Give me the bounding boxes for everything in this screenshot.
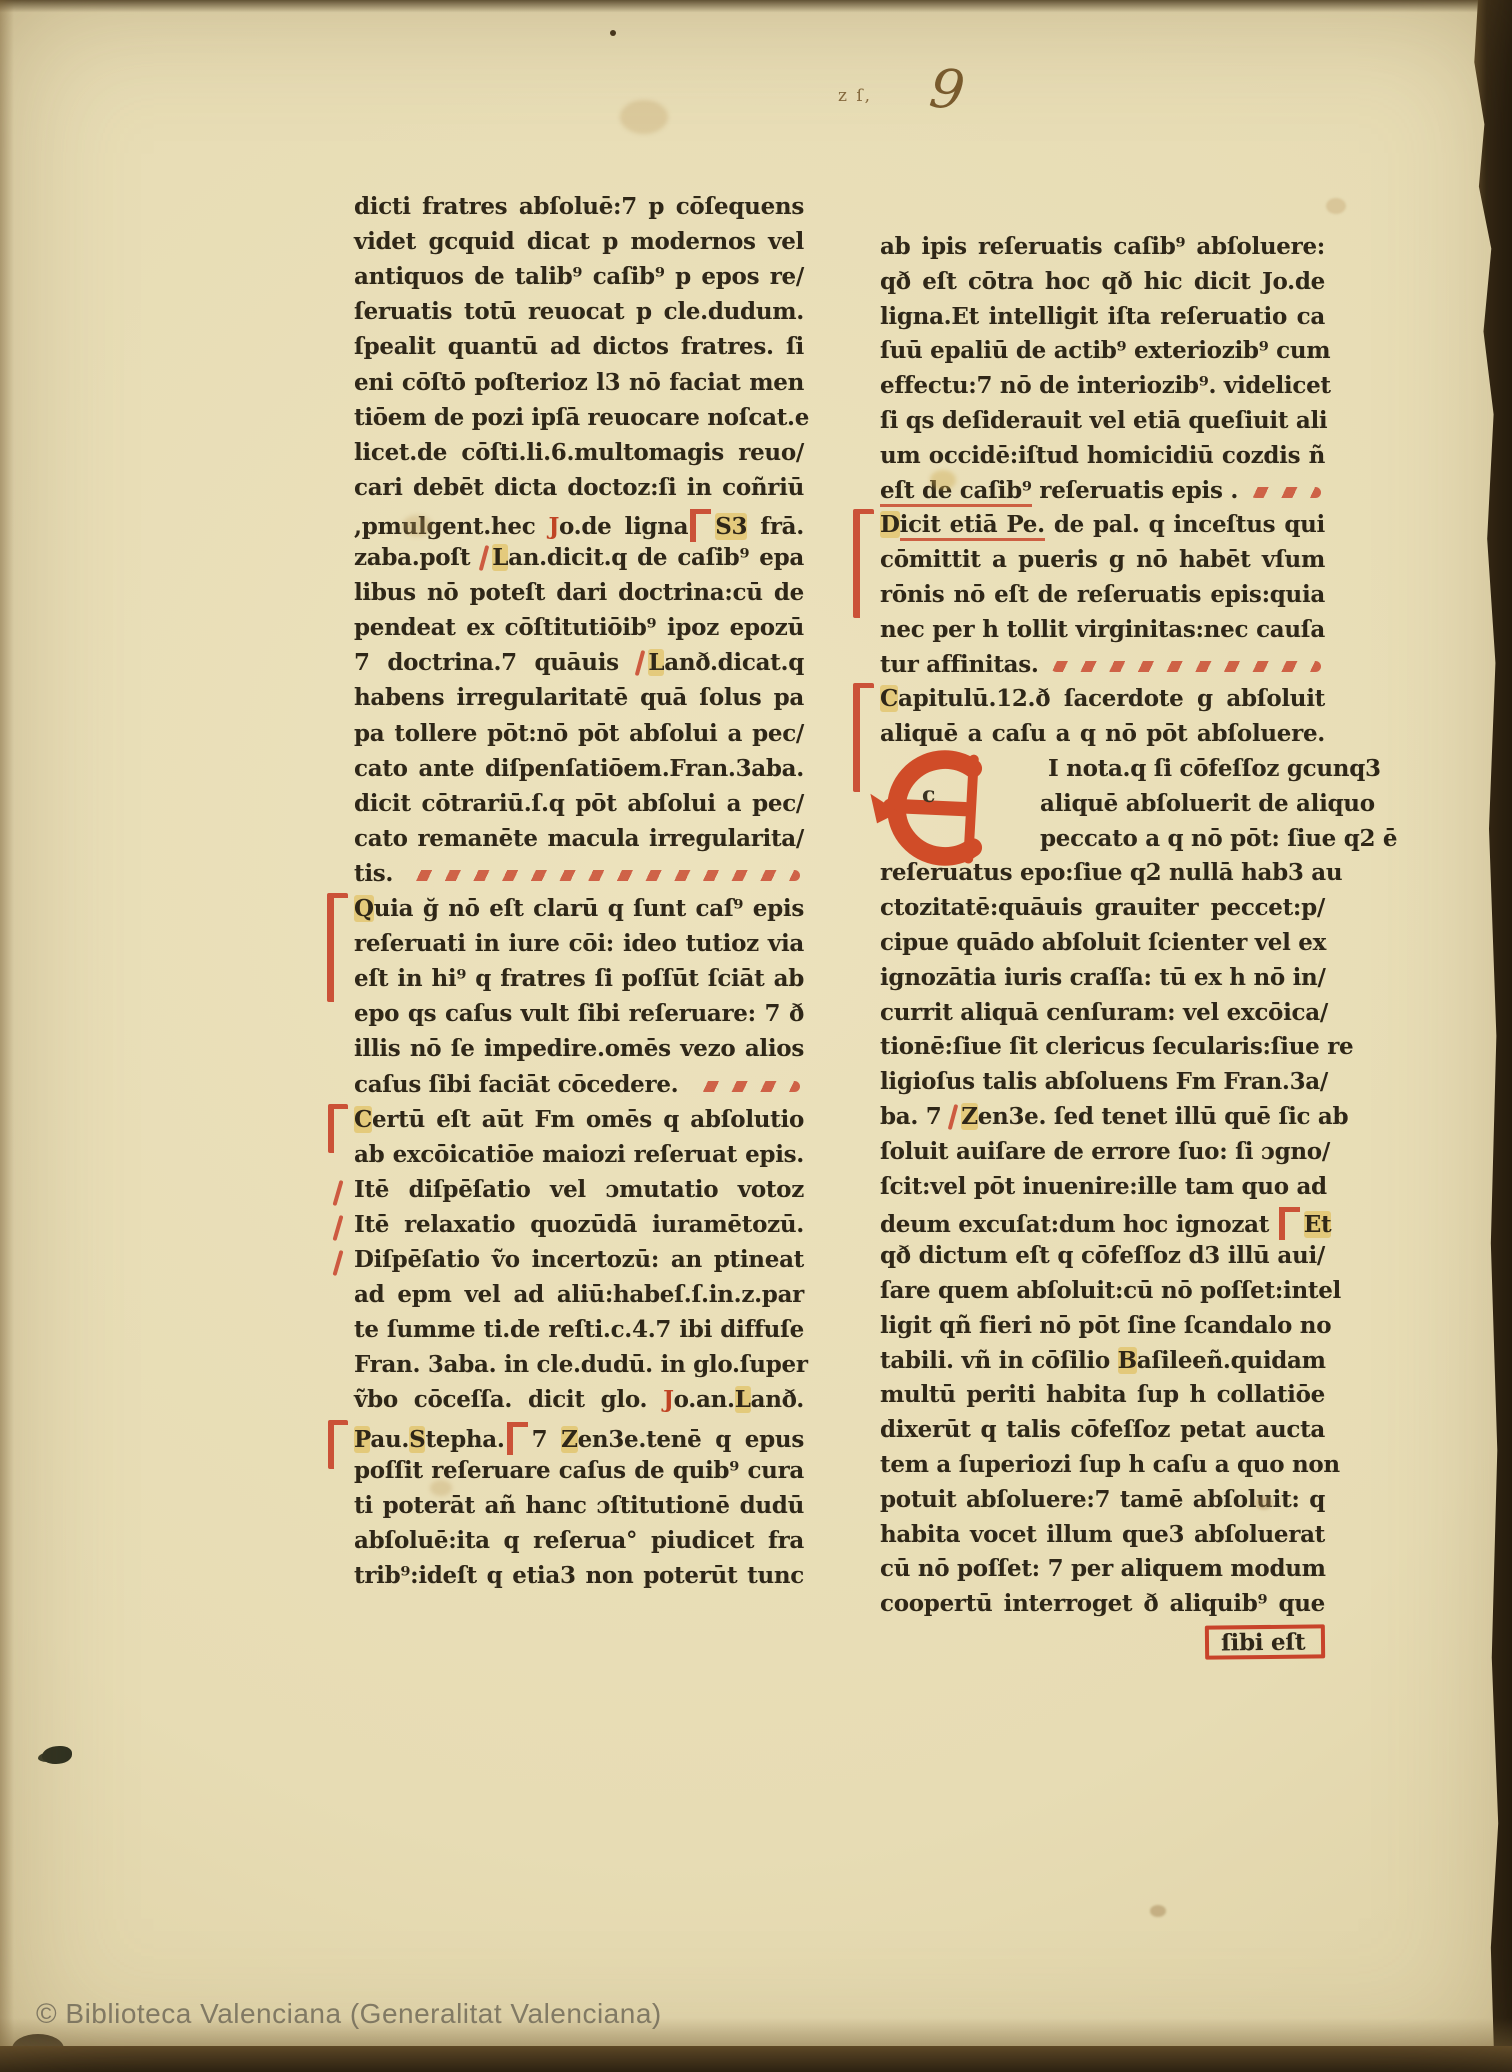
text-span: ertū eſt aūt Fm omēs q abſolutio: [372, 1106, 804, 1133]
text-line: multū periti habita ſup h collatiōe: [880, 1381, 1325, 1415]
line-text: epo qs caſus vult ſibi reſeruare: 7 ð: [354, 1000, 804, 1027]
text-line: qð eſt cōtra hoc qð hic dicit Jo.de: [880, 268, 1325, 302]
line-text: ſare quem abſoluit:cū nō poſſet:intel: [880, 1277, 1325, 1304]
text-line: ab ipis reſeruatis caſib⁹ abſoluere:: [880, 233, 1325, 267]
line-text: cato ante diſpenſatiōem.Fran.3aba.: [354, 755, 804, 782]
page-edge-left: [0, 0, 14, 2072]
text-span: J: [663, 1386, 674, 1413]
text-span: zaba.poſt: [354, 544, 480, 571]
line-text: ligna.Et intelligit iſta reſeruatio ca: [880, 303, 1325, 330]
text-line: trib⁹:ideſt q etia3 non poterūt tunc: [354, 1562, 804, 1596]
text-span: S: [409, 1426, 425, 1453]
rubric-mark-icon: [948, 1104, 959, 1130]
line-text: eſt in hi⁹ q fratres ſi poſſūt ſciāt ab: [354, 965, 804, 992]
line-text: ſoluit auiſare de errore ſuo: ſi ɔgno/: [880, 1138, 1325, 1165]
line-text: Certū eſt aūt Fm omēs q abſolutio: [354, 1106, 804, 1133]
text-span: Q: [354, 895, 374, 922]
text-span: en3e.tenē q epus: [578, 1426, 804, 1453]
text-span: 7 doctrina.7 quāuis: [354, 649, 636, 676]
text-span: L: [648, 649, 664, 676]
line-text: habens irregularitatē quā ſolus pa: [354, 684, 804, 711]
catchword: ſibi eſt: [880, 1625, 1325, 1659]
text-span: uia ğ nō eſt clarū q ſunt caſ⁹ epis: [374, 895, 804, 922]
line-text: ab excōicatiōe maiozi reſeruat epis.: [354, 1141, 804, 1168]
text-line: ṽbo cōceſſa. dicit glo. Jo.an.Lanð.: [354, 1386, 804, 1420]
text-span: frā.: [747, 513, 804, 540]
text-span: an.dicit.q de caſib⁹ epa: [508, 544, 804, 571]
text-span: P: [354, 1426, 370, 1453]
rubric-mark-icon: [327, 893, 348, 1002]
line-text: Pau.Stepha.7 Zen3e.tenē q epus: [354, 1422, 804, 1455]
text-span: tabili. vñ in cōſilio: [880, 1347, 1118, 1374]
line-text: effectu:7 nō de interiozib⁹. videlicet: [880, 372, 1325, 399]
stain: [1326, 198, 1346, 214]
text-span: S3: [715, 513, 747, 540]
rubric-mark-icon: [328, 1420, 348, 1469]
text-span: aſileeñ.quidam: [1137, 1347, 1326, 1374]
line-text: ſuū epaliū de actib⁹ exteriozib⁹ cum: [880, 337, 1325, 364]
line-text: deum excuſat:dum hoc ignozat Et: [880, 1207, 1325, 1240]
ink-blot: [42, 1746, 72, 1764]
text-line: dixerūt q talis cōfeſſoz petat aucta: [880, 1416, 1325, 1450]
line-text: 7 doctrina.7 quāuis Lanð.dicat.q: [354, 649, 804, 676]
line-text: dicti fratres abſoluē:7 p cōſequens: [354, 193, 804, 220]
text-line: currit aliquā cenſuram: vel excōica/: [880, 999, 1325, 1033]
text-span: au.: [370, 1426, 409, 1453]
text-span: C: [354, 1106, 372, 1133]
lombard-initial-e: c: [866, 742, 998, 874]
text-line: te ſumme ti.de reſti.c.4.7 ibi diffuſe: [354, 1316, 804, 1350]
text-line: ignozātia iuris craſſa: tū ex h nō in/: [880, 964, 1325, 998]
text-line: ligioſus talis abſoluens Fm Fran.3a/: [880, 1068, 1325, 1102]
text-line: tis.: [354, 860, 804, 894]
line-text: eſt de caſib⁹ reſeruatis epis .: [880, 477, 1238, 504]
text-line: eni cōſtō poſterioz l3 nō faciat men: [354, 369, 804, 403]
text-span: Z: [561, 1426, 578, 1453]
rubric-mark-icon: [1279, 1207, 1300, 1240]
text-span: o.de ligna: [559, 513, 688, 540]
text-line: ſeruatis totū reuocat p cle.dudum.: [354, 298, 804, 332]
text-line: effectu:7 nō de interiozib⁹. videlicet: [880, 372, 1325, 406]
text-span: C: [880, 685, 898, 712]
line-text: nec per h tollit virginitas:nec cauſa: [880, 616, 1325, 643]
text-line: tiōem de pozi ipſā reuocare noſcat.e: [354, 404, 804, 438]
line-text: ṽbo cōceſſa. dicit glo. Jo.an.Lanð.: [354, 1386, 804, 1413]
text-line: ab excōicatiōe maiozi reſeruat epis.: [354, 1141, 804, 1175]
line-text: rōnis nō eſt de reſeruatis epis:quia: [880, 581, 1325, 608]
text-line: coopertū interroget ð aliquib⁹ que: [880, 1590, 1325, 1624]
text-span: Z: [961, 1103, 978, 1130]
rubric-mark-icon: [479, 545, 490, 571]
line-text: pendeat ex cōſtitutiōib⁹ ipoz epozū: [354, 614, 804, 641]
line-text: cipue quādo abſoluit ſcienter vel ex: [880, 929, 1325, 956]
text-line: peccato a q nō pōt: ſiue q2 ē: [1040, 825, 1325, 859]
text-span: D: [880, 511, 900, 538]
text-line: ſare quem abſoluit:cū nō poſſet:intel: [880, 1277, 1325, 1311]
text-line: 7 doctrina.7 quāuis Lanð.dicat.q: [354, 649, 804, 683]
text-line: ſi qs deſiderauit vel etiā queſiuit ali: [880, 407, 1325, 441]
text-span: ,pmulgent.hec: [354, 513, 548, 540]
line-text: licet.de cōſti.li.6.multomagis reuo/: [354, 439, 804, 466]
text-span: o.an.: [674, 1386, 735, 1413]
line-text: ti poterāt añ hanc ɔſtitutionē dudū: [354, 1492, 804, 1519]
manuscript-page-photo: dicti fratres abſoluē:7 p cōſequensvidet…: [0, 0, 1512, 2072]
text-line: caſus ſibi faciāt cōcedere.: [354, 1071, 804, 1105]
line-text: ligit qñ fieri nō pōt ſine ſcandalo no: [880, 1312, 1325, 1339]
line-text: aliquē abſoluerit de aliquo: [1040, 790, 1325, 817]
line-text: antiquos de talib⁹ caſib⁹ p epos re/: [354, 263, 804, 290]
text-line: rōnis nō eſt de reſeruatis epis:quia: [880, 581, 1325, 615]
text-span: ba. 7: [880, 1103, 949, 1130]
text-line: abſoluē:ita q reſerua° piudicet fra: [354, 1527, 804, 1561]
text-line: ſpealit quantū ad dictos fratres. ſi: [354, 333, 804, 367]
rubric-mark-icon: [507, 1422, 528, 1455]
line-text: reſeruati in iure cōi: ideo tutioz via: [354, 930, 804, 957]
page-edge-top: [0, 0, 1512, 14]
text-line: Pau.Stepha.7 Zen3e.tenē q epus: [354, 1422, 804, 1456]
line-text: Dicit etiā Pe. de pal. q inceſtus qui: [880, 511, 1325, 538]
text-span: eſt de caſib⁹: [880, 477, 1032, 507]
line-text: abſoluē:ita q reſerua° piudicet fra: [354, 1527, 804, 1554]
rubric-line-filler-icon: [1051, 661, 1321, 672]
text-line: Itē diſpēſatio vel ɔmutatio votoz: [354, 1176, 804, 1210]
line-text: I nota.q ſi cōfeſſoz gcunq3: [1048, 755, 1325, 782]
line-text: ſeruatis totū reuocat p cle.dudum.: [354, 298, 804, 325]
text-line: antiquos de talib⁹ caſib⁹ p epos re/: [354, 263, 804, 297]
library-watermark: © Biblioteca Valenciana (Generalitat Val…: [36, 1998, 662, 2030]
stain: [620, 100, 668, 134]
line-text: Fran. 3aba. in cle.dudū. in glo.ſuper: [354, 1351, 804, 1378]
line-text: Diſpēſatio ṽo incertozū: an ptineat: [354, 1246, 804, 1273]
text-line: ad epm vel ad aliū:habeſ.ſ.in.z.par: [354, 1281, 804, 1315]
line-text: qð dictum eſt q cōfeſſoz d3 illū aui/: [880, 1242, 1325, 1269]
text-line: cato remanēte macula irregularita/: [354, 825, 804, 859]
text-line: tur affinitas.: [880, 651, 1325, 685]
text-span: reſeruatis epis .: [1032, 477, 1238, 504]
rubric-line-filler-icon: [1250, 487, 1321, 498]
line-text: videt gcquid dicat p modernos vel: [354, 228, 804, 255]
rubric-mark-icon: [853, 509, 874, 618]
text-line: ſcit:vel pōt inuenire:ille tam quo ad: [880, 1173, 1325, 1207]
rubric-mark-icon: [332, 1180, 343, 1206]
text-line: reſeruati in iure cōi: ideo tutioz via: [354, 930, 804, 964]
line-text: libus nō poteſt dari doctrina:cū de: [354, 579, 804, 606]
line-text: ſpealit quantū ad dictos fratres. ſi: [354, 333, 804, 360]
text-line: habens irregularitatē quā ſolus pa: [354, 684, 804, 718]
text-span: en3e. ſed tenet illū quē ſic ab: [978, 1103, 1349, 1130]
guide-letter: c: [922, 782, 935, 808]
rubric-line-filler-icon: [690, 1081, 800, 1092]
text-span: J: [548, 513, 559, 540]
line-text: ba. 7 Zen3e. ſed tenet illū quē ſic ab: [880, 1103, 1325, 1130]
text-line: Fran. 3aba. in cle.dudū. in glo.ſuper: [354, 1351, 804, 1385]
text-line: tabili. vñ in cōſilio Baſileeñ.quidam: [880, 1347, 1325, 1381]
line-text: eni cōſtō poſterioz l3 nō faciat men: [354, 369, 804, 396]
rubric-mark-icon: [332, 1215, 343, 1241]
text-span: Et: [1304, 1211, 1332, 1238]
line-text: cōmittit a pueris g nō habēt vſum: [880, 546, 1325, 573]
line-text: tem a ſuperiozi ſup h caſu a quo non: [880, 1451, 1325, 1478]
text-line: I nota.q ſi cōfeſſoz gcunq3: [1048, 755, 1325, 789]
line-text: coopertū interroget ð aliquib⁹ que: [880, 1590, 1325, 1617]
line-text: Itē relaxatio quozūdā iuramētozū.: [354, 1211, 804, 1238]
text-line: um occidē:iſtud homicidiū cozdis ñ: [880, 442, 1325, 476]
text-line: ba. 7 Zen3e. ſed tenet illū quē ſic ab: [880, 1103, 1325, 1137]
pen-marks: z ſ,: [838, 86, 872, 106]
rubric-mark-icon: [328, 1104, 348, 1153]
text-line: eſt de caſib⁹ reſeruatis epis .: [880, 477, 1325, 511]
line-text: ignozātia iuris craſſa: tū ex h nō in/: [880, 964, 1325, 991]
line-text: currit aliquā cenſuram: vel excōica/: [880, 999, 1325, 1026]
text-line: nec per h tollit virginitas:nec cauſa: [880, 616, 1325, 650]
text-line: cū nō poſſet: 7 per aliquem modum: [880, 1555, 1325, 1589]
text-line: Quia ğ nō eſt clarū q ſunt caſ⁹ epis: [354, 895, 804, 929]
text-line: pendeat ex cōſtitutiōib⁹ ipoz epozū: [354, 614, 804, 648]
line-text: peccato a q nō pōt: ſiue q2 ē: [1040, 825, 1325, 852]
line-text: ſcit:vel pōt inuenire:ille tam quo ad: [880, 1173, 1325, 1200]
text-line: cōmittit a pueris g nō habēt vſum: [880, 546, 1325, 580]
text-line: Itē relaxatio quozūdā iuramētozū.: [354, 1211, 804, 1245]
line-text: cari debēt dicta doctoz:ſi in coñriū: [354, 474, 804, 501]
text-line: potuit abſoluere:7 tamē abſoluit: q: [880, 1486, 1325, 1520]
text-span: anð.dicat.q: [664, 649, 804, 676]
text-line: ,pmulgent.hec Jo.de lignaS3 frā.: [354, 509, 804, 543]
line-text: ad epm vel ad aliū:habeſ.ſ.in.z.par: [354, 1281, 804, 1308]
page-edge-bottom: [0, 2046, 1512, 2072]
line-text: ab ipis reſeruatis caſib⁹ abſoluere:: [880, 233, 1325, 260]
text-line: eſt in hi⁹ q fratres ſi poſſūt ſciāt ab: [354, 965, 804, 999]
line-text: dixerūt q talis cōfeſſoz petat aucta: [880, 1416, 1325, 1443]
rubric-mark-icon: [690, 509, 711, 542]
text-line: epo qs caſus vult ſibi reſeruare: 7 ð: [354, 1000, 804, 1034]
line-text: tiōem de pozi ipſā reuocare noſcat.e: [354, 404, 804, 431]
line-text: potuit abſoluere:7 tamē abſoluit: q: [880, 1486, 1325, 1513]
line-text: tabili. vñ in cōſilio Baſileeñ.quidam: [880, 1347, 1325, 1374]
text-span: anð.: [751, 1386, 804, 1413]
line-text: Itē diſpēſatio vel ɔmutatio votoz: [354, 1176, 804, 1203]
text-line: ctozitatē:quāuis grauiter peccet:p/: [880, 894, 1325, 928]
folio-number: 9: [926, 56, 968, 123]
line-text: tur affinitas.: [880, 651, 1039, 678]
text-line: Certū eſt aūt Fm omēs q abſolutio: [354, 1106, 804, 1140]
line-text: tionē:ſiue ſit clericus ſecularis:ſiue r…: [880, 1033, 1325, 1060]
line-text: multū periti habita ſup h collatiōe: [880, 1381, 1325, 1408]
text-line: Diſpēſatio ṽo incertozū: an ptineat: [354, 1246, 804, 1280]
text-line: licet.de cōſti.li.6.multomagis reuo/: [354, 439, 804, 473]
text-span: L: [492, 544, 508, 571]
text-line: ſoluit auiſare de errore ſuo: ſi ɔgno/: [880, 1138, 1325, 1172]
text-span: icit etiā Pe.: [900, 511, 1045, 541]
text-line: habita vocet illum que3 abſoluerat: [880, 1521, 1325, 1555]
text-line: qð dictum eſt q cōfeſſoz d3 illū aui/: [880, 1242, 1325, 1276]
line-text: ligioſus talis abſoluens Fm Fran.3a/: [880, 1068, 1325, 1095]
page-edge-right-ragged: [1466, 0, 1512, 2072]
text-line: dicit cōtrariū.ſ.q pōt abſolui a pec/: [354, 790, 804, 824]
text-line: cipue quādo abſoluit ſcienter vel ex: [880, 929, 1325, 963]
line-text: trib⁹:ideſt q etia3 non poterūt tunc: [354, 1562, 804, 1589]
line-text: um occidē:iſtud homicidiū cozdis ñ: [880, 442, 1325, 469]
text-line: deum excuſat:dum hoc ignozat Et: [880, 1207, 1325, 1241]
rubric-line-filler-icon: [405, 870, 800, 881]
line-text: Quia ğ nō eſt clarū q ſunt caſ⁹ epis: [354, 895, 804, 922]
text-span: apitulū.12.ð ſacerdote g abſoluit: [898, 685, 1325, 712]
rubric-mark-icon: [635, 650, 646, 676]
text-line: illis nō ſe impedire.omēs vezo alios: [354, 1035, 804, 1069]
text-line: tem a ſuperiozi ſup h caſu a quo non: [880, 1451, 1325, 1485]
text-span: ṽbo cōceſſa. dicit glo.: [354, 1386, 663, 1413]
text-span: de pal. q inceſtus qui: [1045, 511, 1325, 538]
line-text: Capitulū.12.ð ſacerdote g abſoluit: [880, 685, 1325, 712]
text-line: ligna.Et intelligit iſta reſeruatio ca: [880, 303, 1325, 337]
line-text: habita vocet illum que3 abſoluerat: [880, 1521, 1325, 1548]
text-line: zaba.poſt Lan.dicit.q de caſib⁹ epa: [354, 544, 804, 578]
line-text: te ſumme ti.de reſti.c.4.7 ibi diffuſe: [354, 1316, 804, 1343]
text-span: 7: [532, 1426, 561, 1453]
text-line: aliquē abſoluerit de aliquo: [1040, 790, 1325, 824]
line-text: ſibi eſt: [1205, 1624, 1326, 1659]
text-line: cato ante diſpenſatiōem.Fran.3aba.: [354, 755, 804, 789]
line-text: dicit cōtrariū.ſ.q pōt abſolui a pec/: [354, 790, 804, 817]
text-line: dicti fratres abſoluē:7 p cōſequens: [354, 193, 804, 227]
text-line: poſſit reſeruare caſus de quib⁹ cura: [354, 1457, 804, 1491]
text-line: cari debēt dicta doctoz:ſi in coñriū: [354, 474, 804, 508]
text-span: B: [1118, 1347, 1137, 1374]
text-span: deum excuſat:dum hoc ignozat: [880, 1211, 1277, 1238]
line-text: ctozitatē:quāuis grauiter peccet:p/: [880, 894, 1325, 921]
text-line: ti poterāt añ hanc ɔſtitutionē dudū: [354, 1492, 804, 1526]
line-text: ,pmulgent.hec Jo.de lignaS3 frā.: [354, 509, 804, 542]
line-text: qð eſt cōtra hoc qð hic dicit Jo.de: [880, 268, 1325, 295]
line-text: tis.: [354, 860, 393, 887]
line-text: poſſit reſeruare caſus de quib⁹ cura: [354, 1457, 804, 1484]
line-text: pa tollere pōt:nō pōt abſolui a pec/: [354, 720, 804, 747]
text-line: ſuū epaliū de actib⁹ exteriozib⁹ cum: [880, 337, 1325, 371]
line-text: cato remanēte macula irregularita/: [354, 825, 804, 852]
text-span: tepha.: [425, 1426, 504, 1453]
stain: [1150, 1905, 1166, 1917]
text-line: Dicit etiā Pe. de pal. q inceſtus qui: [880, 511, 1325, 545]
text-line: tionē:ſiue ſit clericus ſecularis:ſiue r…: [880, 1033, 1325, 1067]
text-span: L: [735, 1386, 751, 1413]
ink-speck: [610, 30, 616, 36]
text-line: ligit qñ fieri nō pōt ſine ſcandalo no: [880, 1312, 1325, 1346]
line-text: illis nō ſe impedire.omēs vezo alios: [354, 1035, 804, 1062]
line-text: ſi qs deſiderauit vel etiā queſiuit ali: [880, 407, 1325, 434]
rubric-mark-icon: [332, 1250, 343, 1276]
text-line: pa tollere pōt:nō pōt abſolui a pec/: [354, 720, 804, 754]
text-line: Capitulū.12.ð ſacerdote g abſoluit: [880, 685, 1325, 719]
text-line: videt gcquid dicat p modernos vel: [354, 228, 804, 262]
line-text: cū nō poſſet: 7 per aliquem modum: [880, 1555, 1325, 1582]
text-line: libus nō poteſt dari doctrina:cū de: [354, 579, 804, 613]
line-text: caſus ſibi faciāt cōcedere.: [354, 1071, 678, 1098]
line-text: zaba.poſt Lan.dicit.q de caſib⁹ epa: [354, 544, 804, 571]
